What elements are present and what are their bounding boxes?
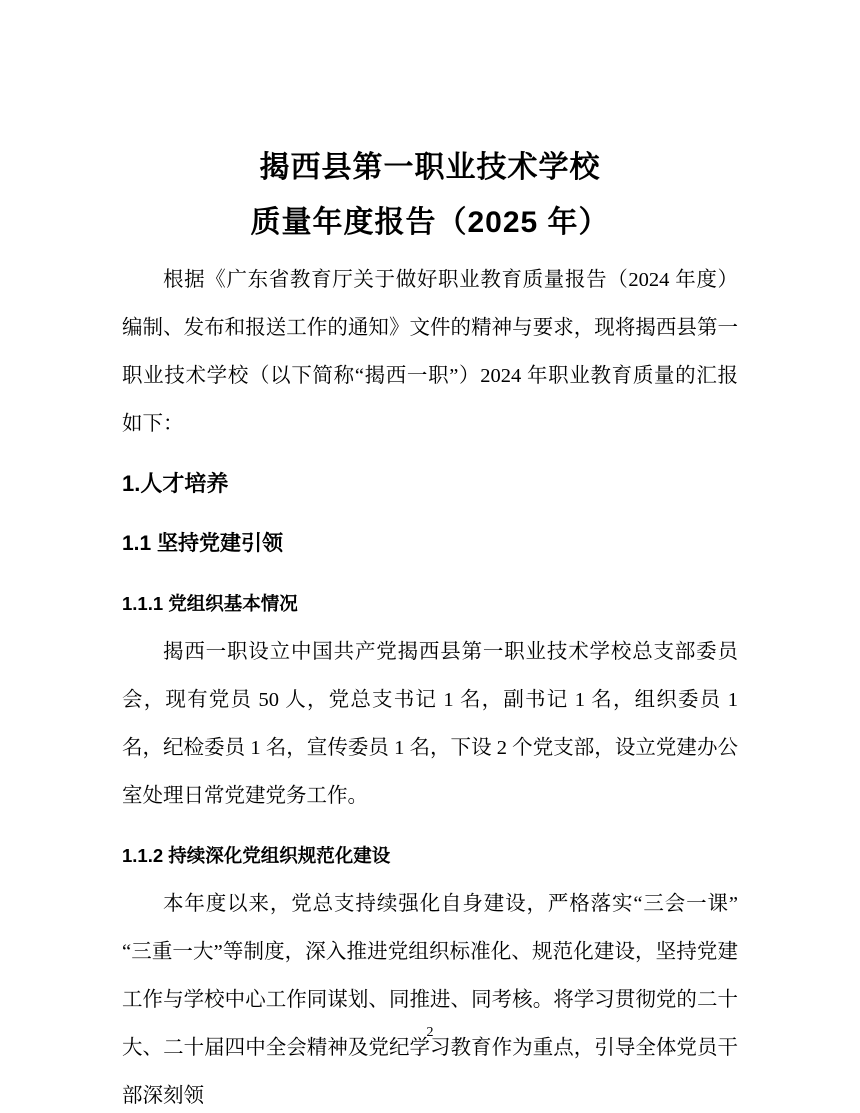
heading-party-building-leadership: 1.1 坚持党建引领 bbox=[122, 520, 738, 568]
party-basic-paragraph: 揭西一职设立中国共产党揭西县第一职业技术学校总支部委员会，现有党员 50 人，党… bbox=[122, 628, 738, 820]
document-title: 揭西县第一职业技术学校 质量年度报告（2025 年） bbox=[122, 140, 738, 250]
document-content: 揭西县第一职业技术学校 质量年度报告（2025 年） 根据《广东省教育厅关于做好… bbox=[122, 0, 738, 1113]
intro-paragraph: 根据《广东省教育厅关于做好职业教育质量报告（2024 年度）编制、发布和报送工作… bbox=[122, 256, 738, 448]
heading-party-standardization: 1.1.2 持续深化党组织规范化建设 bbox=[122, 832, 738, 880]
heading-talent-cultivation: 1.人才培养 bbox=[122, 460, 738, 508]
party-standardization-paragraph: 本年度以来，党总支持续强化自身建设，严格落实“三会一课”“三重一大”等制度，深入… bbox=[122, 880, 738, 1113]
document-page: 揭西县第一职业技术学校 质量年度报告（2025 年） 根据《广东省教育厅关于做好… bbox=[0, 0, 860, 1113]
document-title-line-2: 质量年度报告（2025 年） bbox=[122, 195, 738, 250]
heading-party-organization-basic: 1.1.1 党组织基本情况 bbox=[122, 580, 738, 628]
page-footer: 2 bbox=[0, 1024, 860, 1042]
document-title-line-1: 揭西县第一职业技术学校 bbox=[122, 140, 738, 195]
page-number: 2 bbox=[427, 1025, 434, 1040]
